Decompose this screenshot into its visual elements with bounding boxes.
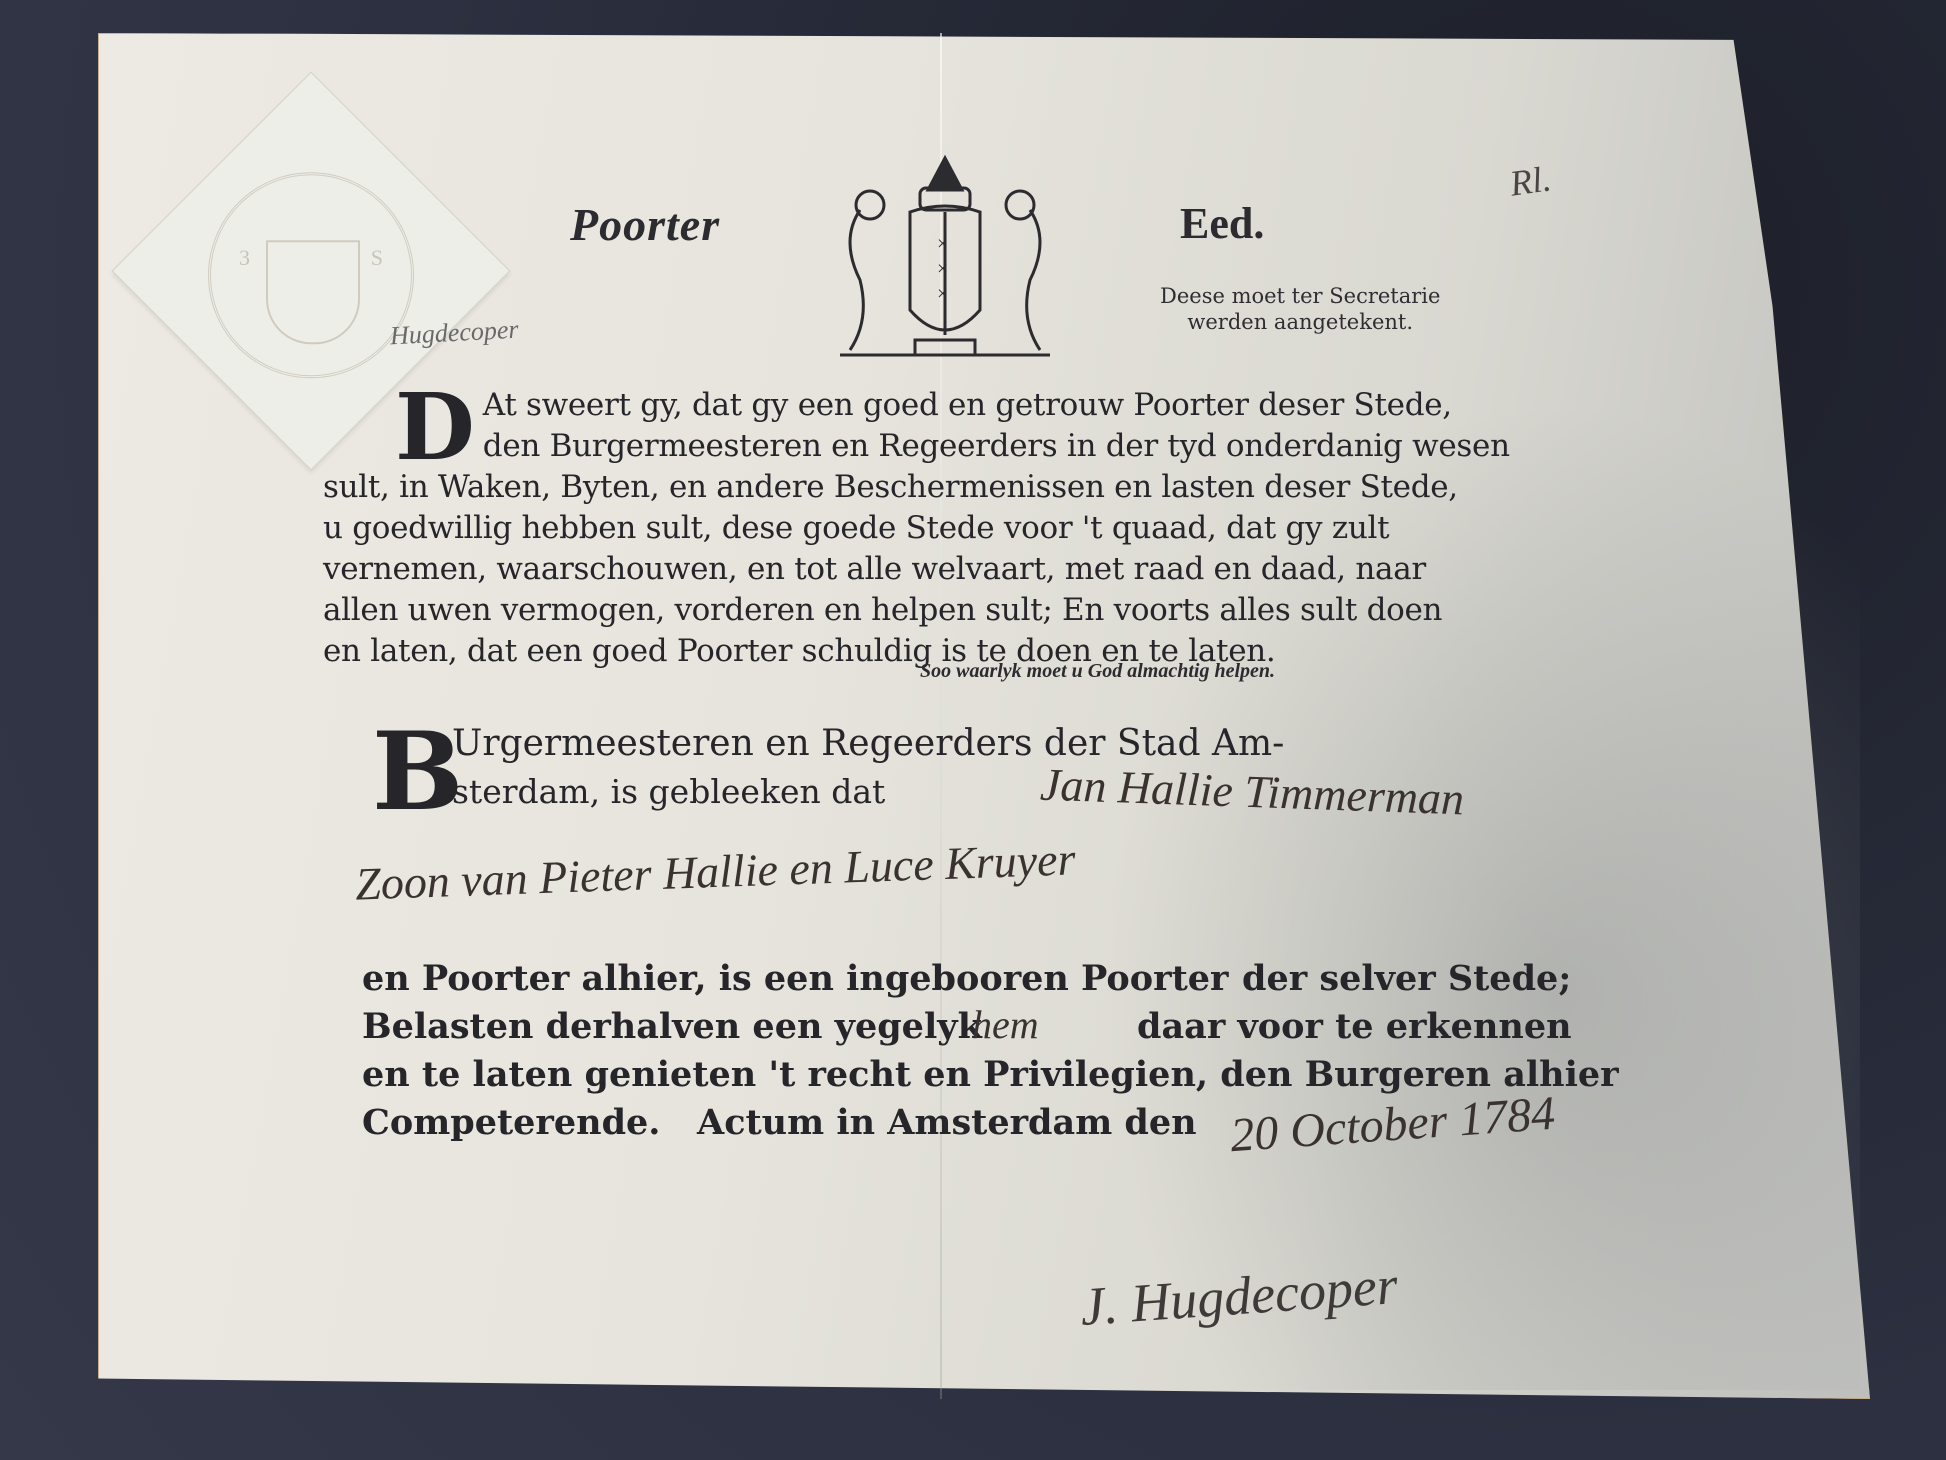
oath-line: en laten, dat een goed Poorter schuldig … xyxy=(323,631,1510,672)
certificate-line: sterdam, is gebleeken dat xyxy=(452,772,885,811)
oath-line: den Burgermeesteren en Regeerders in der… xyxy=(395,426,1510,467)
certificate-line: en te laten genieten 't recht en Privile… xyxy=(362,1054,1619,1095)
oath-line: allen uwen vermogen, vorderen en helpen … xyxy=(323,590,1510,631)
oath-line: At sweert gy, dat gy een goed en getrouw… xyxy=(395,385,1510,426)
handwritten-inline: hem xyxy=(972,1001,1039,1049)
oath-closing: Soo waarlyk moet u God almachtig helpen. xyxy=(920,660,1275,683)
corner-handwritten-mark: Rl. xyxy=(1507,157,1553,204)
certificate-line: en Poorter alhier, is een ingebooren Poo… xyxy=(362,958,1228,999)
certificate-line: Competerende. Actum in Amsterdam den xyxy=(362,1102,1197,1143)
amsterdam-coat-of-arms-icon: × × × xyxy=(800,150,1090,365)
certificate-line: daar voor te erkennen xyxy=(1137,1003,1572,1051)
note-line: werden aangetekent. xyxy=(1160,309,1440,335)
lion-shield-icon xyxy=(266,240,360,344)
note-line: Deese moet ter Secretarie xyxy=(1160,283,1440,309)
svg-text:×: × xyxy=(937,233,948,255)
svg-text:×: × xyxy=(937,258,948,280)
stamp-left-mark: 3 xyxy=(239,245,250,271)
title-eed: Eed. xyxy=(1180,198,1264,249)
svg-text:×: × xyxy=(937,283,948,305)
registration-note: Deese moet ter Secretarie werden aangete… xyxy=(1160,283,1440,335)
oath-text: D At sweert gy, dat gy een goed en getro… xyxy=(395,385,1510,672)
certificate-line: Belasten derhalven een yegelyk xyxy=(362,1006,982,1047)
stamp-right-mark: S xyxy=(371,245,383,271)
oath-line: sult, in Waken, Byten, en andere Bescher… xyxy=(323,467,1510,508)
seal-icon: 3 S xyxy=(208,172,414,378)
oath-line: u goedwillig hebben sult, dese goede Ste… xyxy=(323,508,1510,549)
certificate-line: Urgermeesteren en Regeerders der Stad Am… xyxy=(452,723,1284,764)
certificate-line: der selver Stede; xyxy=(1242,955,1571,1003)
title-poorter: Poorter xyxy=(570,198,720,251)
certificate-dropcap: B xyxy=(372,722,463,822)
oath-line: vernemen, waarschouwen, en tot alle welv… xyxy=(323,549,1510,590)
oath-dropcap: D xyxy=(395,387,475,467)
